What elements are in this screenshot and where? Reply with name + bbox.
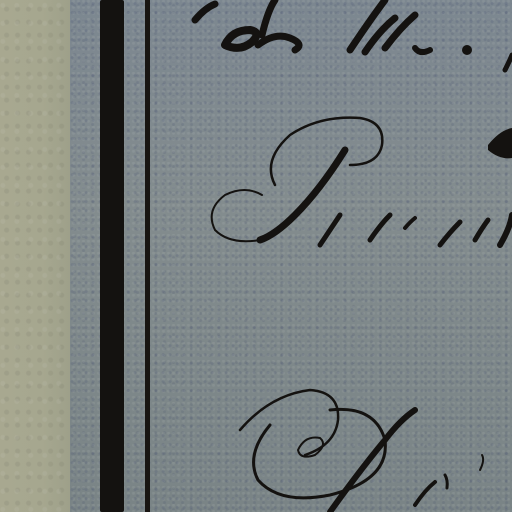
handwriting-line-2 (212, 118, 512, 245)
handwriting-line-1 (195, 0, 512, 70)
document-photo: de M. Prov D (0, 0, 512, 512)
handwriting-line-3 (240, 390, 483, 512)
handwriting-ink (0, 0, 512, 512)
